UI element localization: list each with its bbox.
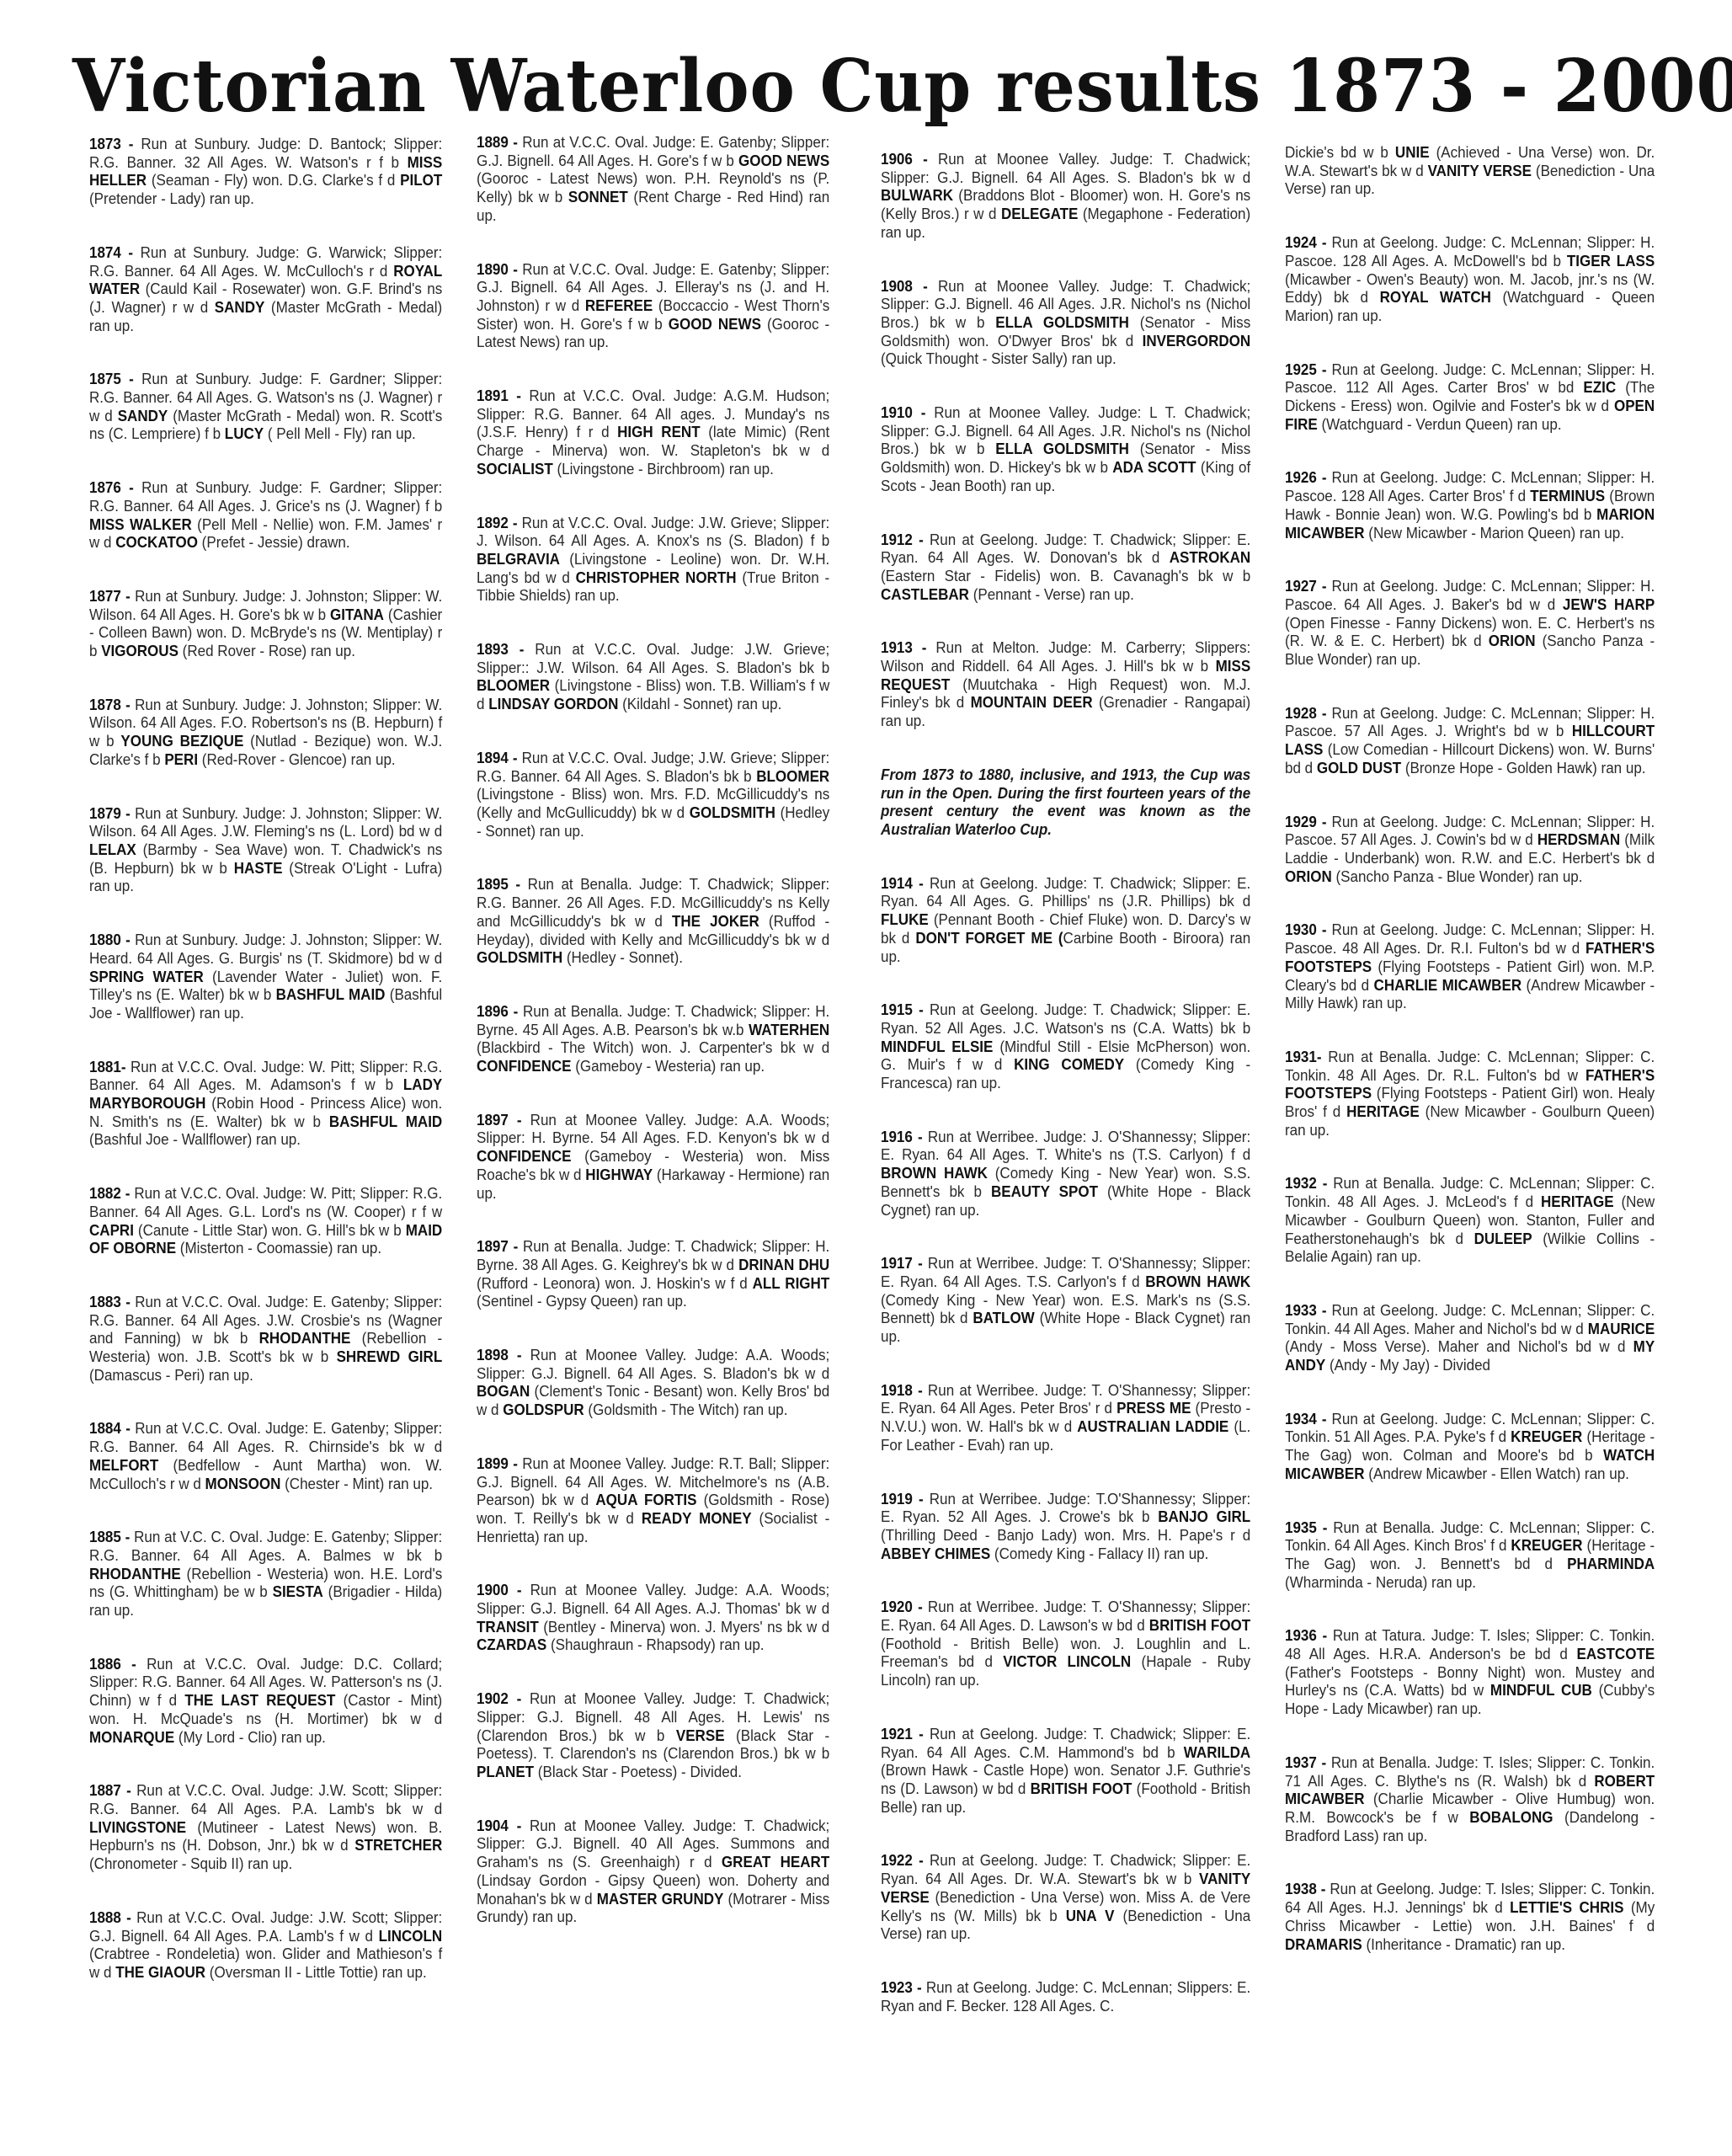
result-entry: Dickie's bd w b UNIE (Achieved - Una Ver… xyxy=(1285,143,1655,198)
entry-year: 1883 - xyxy=(89,1293,135,1310)
greyhound-name: HERITAGE xyxy=(1346,1102,1420,1120)
result-entry: 1921 - Run at Geelong. Judge: T. Chadwic… xyxy=(881,1725,1250,1817)
result-entry: 1927 - Run at Geelong. Judge: C. McLenna… xyxy=(1285,577,1655,669)
greyhound-name: BEAUTY SPOT xyxy=(991,1182,1098,1200)
result-entry: 1898 - Run at Moonee Valley. Judge: A.A.… xyxy=(477,1346,829,1419)
entry-year: 1904 - xyxy=(477,1817,530,1834)
result-entry: 1925 - Run at Geelong. Judge: C. McLenna… xyxy=(1285,360,1655,434)
entry-text: Run at V.C.C. Oval. Judge: J.W. Scott; S… xyxy=(89,1781,442,1817)
result-entry: 1899 - Run at Moonee Valley. Judge: R.T.… xyxy=(477,1454,829,1546)
result-entry: 1897 - Run at Moonee Valley. Judge: A.A.… xyxy=(477,1111,829,1203)
entry-text: (Wharminda - Neruda) ran up. xyxy=(1285,1573,1476,1591)
entry-year: 1873 - xyxy=(89,135,141,152)
entry-year: 1920 - xyxy=(881,1598,928,1615)
greyhound-name: THE LAST REQUEST xyxy=(184,1691,335,1709)
entry-text: (Thrilling Deed - Banjo Lady) won. Mrs. … xyxy=(881,1526,1250,1544)
entry-year: 1937 - xyxy=(1285,1753,1331,1771)
entry-text: (Red-Rover - Glencoe) ran up. xyxy=(198,750,396,768)
greyhound-name: ELLA GOLDSMITH xyxy=(995,440,1129,457)
result-entry: 1897 - Run at Benalla. Judge: T. Chadwic… xyxy=(477,1237,829,1310)
entry-text: Run at V.C.C. Oval. Judge: J.W. Grieve; … xyxy=(477,514,829,550)
greyhound-name: RHODANTHE xyxy=(89,1565,181,1582)
greyhound-name: LUCY xyxy=(225,424,264,442)
entry-year: 1886 - xyxy=(89,1655,147,1673)
entry-year: 1915 - xyxy=(881,1001,930,1018)
greyhound-name: THE JOKER xyxy=(672,912,759,930)
greyhound-name: SOCIALIST xyxy=(477,460,553,478)
greyhound-name: MINDFUL ELSIE xyxy=(881,1038,993,1055)
greyhound-name: LINCOLN xyxy=(379,1927,443,1945)
greyhound-name: HIGHWAY xyxy=(585,1166,653,1183)
entry-text: (Blackbird - The Witch) won. J. Carpente… xyxy=(477,1038,829,1056)
result-entry: 1937 - Run at Benalla. Judge: T. Isles; … xyxy=(1285,1753,1655,1845)
entry-year: 1874 - xyxy=(89,243,141,261)
entry-text: Run at V.C. C. Oval. Judge: E. Gatenby; … xyxy=(89,1528,442,1564)
entry-year: 1929 - xyxy=(1285,813,1332,830)
entry-text: (Chester - Mint) ran up. xyxy=(280,1475,433,1492)
entry-text: Run at Werribee. Judge: J. O'Shannessy; … xyxy=(881,1128,1250,1164)
greyhound-name: BLOOMER xyxy=(477,676,550,694)
greyhound-name: VIGOROUS xyxy=(101,642,179,659)
greyhound-name: WARILDA xyxy=(1184,1743,1250,1761)
greyhound-name: DRAMARIS xyxy=(1285,1935,1362,1953)
entry-text: Run at Sunbury. Judge: D. Bantock; Slipp… xyxy=(89,135,442,171)
entry-text: Run at V.C.C. Oval. Judge: W. Pitt; Slip… xyxy=(89,1058,442,1094)
greyhound-name: BULWARK xyxy=(881,186,953,204)
entry-year: 1888 - xyxy=(89,1908,136,1926)
greyhound-name: SIESTA xyxy=(273,1582,323,1600)
greyhound-name: SANDY xyxy=(118,407,168,424)
greyhound-name: JEW'S HARP xyxy=(1563,595,1655,613)
entry-year: 1906 - xyxy=(881,150,938,168)
entry-year: 1936 - xyxy=(1285,1626,1333,1644)
greyhound-name: SPRING WATER xyxy=(89,968,204,985)
result-entry: 1919 - Run at Werribee. Judge: T.O'Shann… xyxy=(881,1490,1250,1563)
entry-text: Run at Geelong. Judge: T. Chadwick; Slip… xyxy=(881,1851,1250,1887)
result-entry: 1913 - Run at Melton. Judge: M. Carberry… xyxy=(881,638,1250,730)
result-entry: 1930 - Run at Geelong. Judge: C. McLenna… xyxy=(1285,921,1655,1012)
entry-text: (Red Rover - Rose) ran up. xyxy=(179,642,355,659)
results-column-2: 1889 - Run at V.C.C. Oval. Judge: E. Gat… xyxy=(477,133,830,1961)
result-entry: 1889 - Run at V.C.C. Oval. Judge: E. Gat… xyxy=(477,133,829,225)
result-entry: 1915 - Run at Geelong. Judge: T. Chadwic… xyxy=(881,1001,1250,1092)
result-entry: 1887 - Run at V.C.C. Oval. Judge: J.W. S… xyxy=(89,1781,442,1873)
greyhound-name: DRINAN DHU xyxy=(738,1256,829,1273)
entry-year: 1889 - xyxy=(477,133,522,151)
entry-year: 1928 - xyxy=(1285,704,1332,722)
history-note: From 1873 to 1880, inclusive, and 1913, … xyxy=(881,766,1250,839)
result-entry: 1873 - Run at Sunbury. Judge: D. Bantock… xyxy=(89,135,442,208)
greyhound-name: ELLA GOLDSMITH xyxy=(995,313,1129,331)
greyhound-name: MONARQUE xyxy=(89,1728,174,1746)
entry-text: (Hedley - Sonnet). xyxy=(562,948,683,966)
greyhound-name: DULEEP xyxy=(1474,1230,1532,1247)
greyhound-name: PERI xyxy=(164,750,198,768)
greyhound-name: BASHFUL MAID xyxy=(329,1113,442,1130)
greyhound-name: ASTROKAN xyxy=(1170,548,1250,566)
result-entry: 1932 - Run at Benalla. Judge: C. McLenna… xyxy=(1285,1174,1655,1266)
greyhound-name: ABBEY CHIMES xyxy=(881,1545,990,1562)
greyhound-name: INVERGORDON xyxy=(1143,332,1251,350)
entry-text: (Bronze Hope - Golden Hawk) ran up. xyxy=(1401,759,1645,776)
results-column-4: Dickie's bd w b UNIE (Achieved - Una Ver… xyxy=(1285,143,1655,1988)
result-entry: 1886 - Run at V.C.C. Oval. Judge: D.C. C… xyxy=(89,1655,442,1747)
greyhound-name: LIVINGSTONE xyxy=(89,1818,186,1836)
greyhound-name: MELFORT xyxy=(89,1456,158,1474)
greyhound-name: HERDSMAN xyxy=(1537,830,1620,848)
result-entry: 1900 - Run at Moonee Valley. Judge: A.A.… xyxy=(477,1581,829,1654)
greyhound-name: BLOOMER xyxy=(756,767,829,785)
greyhound-name: GOOD NEWS xyxy=(738,152,829,169)
greyhound-name: BRITISH FOOT xyxy=(1149,1616,1250,1634)
entry-text: Dickie's bd w b xyxy=(1285,143,1395,161)
greyhound-name: CHRISTOPHER NORTH xyxy=(576,568,737,586)
greyhound-name: EZIC xyxy=(1583,378,1616,396)
greyhound-name: KING COMEDY xyxy=(1014,1055,1124,1073)
entry-text: (Sentinel - Gypsy Queen) ran up. xyxy=(477,1292,687,1310)
greyhound-name: LELAX xyxy=(89,841,136,858)
result-entry: 1877 - Run at Sunbury. Judge: J. Johnsto… xyxy=(89,587,442,660)
result-entry: 1934 - Run at Geelong. Judge: C. McLenna… xyxy=(1285,1410,1655,1483)
result-entry: 1882 - Run at V.C.C. Oval. Judge: W. Pit… xyxy=(89,1184,442,1257)
greyhound-name: UNIE xyxy=(1395,143,1430,161)
entry-text: (Eastern Star - Fidelis) won. B. Cavanag… xyxy=(881,567,1250,584)
greyhound-name: MASTER GRUNDY xyxy=(597,1890,724,1908)
greyhound-name: ROYAL WATCH xyxy=(1380,288,1491,306)
result-entry: 1926 - Run at Geelong. Judge: C. McLenna… xyxy=(1285,468,1655,542)
result-entry: 1904 - Run at Moonee Valley. Judge: T. C… xyxy=(477,1817,829,1926)
greyhound-name: ORION xyxy=(1285,867,1332,885)
entry-text: Run at V.C.C. Oval. Judge: W. Pitt; Slip… xyxy=(89,1184,442,1220)
result-entry: 1922 - Run at Geelong. Judge: T. Chadwic… xyxy=(881,1851,1250,1943)
entry-text: (Kildahl - Sonnet) ran up. xyxy=(618,695,781,712)
entry-year: 1930 - xyxy=(1285,921,1332,938)
greyhound-name: MONSOON xyxy=(205,1475,281,1492)
result-entry: 1928 - Run at Geelong. Judge: C. McLenna… xyxy=(1285,704,1655,777)
result-entry: 1912 - Run at Geelong. Judge: T. Chadwic… xyxy=(881,531,1250,604)
entry-year: 1919 - xyxy=(881,1490,930,1508)
greyhound-name: SONNET xyxy=(568,188,628,205)
entry-text: (Watchguard - Verdun Queen) ran up. xyxy=(1318,415,1562,433)
result-entry: 1924 - Run at Geelong. Judge: C. McLenna… xyxy=(1285,233,1655,325)
entry-text: (Damascus - Peri) ran up. xyxy=(89,1366,253,1384)
greyhound-name: ALL RIGHT xyxy=(753,1274,830,1292)
result-entry: 1918 - Run at Werribee. Judge: T. O'Shan… xyxy=(881,1381,1250,1454)
result-entry: 1893 - Run at V.C.C. Oval. Judge: J.W. G… xyxy=(477,640,829,713)
greyhound-name: AQUA FORTIS xyxy=(595,1491,696,1508)
entry-year: 1885 - xyxy=(89,1528,134,1545)
entry-year: 1895 - xyxy=(477,875,528,893)
entry-text: Run at Geelong. Judge: T. Chadwick; Slip… xyxy=(881,1001,1250,1037)
entry-text: (Oversman II - Little Tottie) ran up. xyxy=(205,1963,427,1981)
greyhound-name: TERMINUS xyxy=(1530,487,1605,504)
greyhound-name: HASTE xyxy=(234,859,283,877)
entry-year: 1922 - xyxy=(881,1851,930,1869)
result-entry: 1910 - Run at Moonee Valley. Judge: L T.… xyxy=(881,403,1250,495)
entry-year: 1931- xyxy=(1285,1048,1328,1065)
greyhound-name: GOLDSMITH xyxy=(690,803,775,821)
entry-text: Run at V.C.C. Oval. Judge: E. Gatenby; S… xyxy=(89,1419,442,1455)
greyhound-name: CONFIDENCE xyxy=(477,1057,572,1075)
entry-text: Run at Sunbury. Judge: G. Warwick; Slipp… xyxy=(89,243,442,280)
result-entry: 1914 - Run at Geelong. Judge: T. Chadwic… xyxy=(881,874,1250,966)
entry-text: (Livingstone - Birchbroom) ran up. xyxy=(553,460,774,478)
entry-year: 1900 - xyxy=(477,1581,530,1598)
result-entry: 1936 - Run at Tatura. Judge: T. Isles; S… xyxy=(1285,1626,1655,1718)
greyhound-name: KREUGER xyxy=(1511,1428,1582,1445)
entry-year: 1894 - xyxy=(477,749,522,766)
entry-text: (My Lord - Clio) ran up. xyxy=(174,1728,326,1746)
entry-text: (Quick Thought - Sister Sally) ran up. xyxy=(881,350,1116,367)
entry-text: (Black Star - Poetess) - Divided. xyxy=(534,1763,742,1780)
entry-year: 1924 - xyxy=(1285,233,1332,251)
result-entry: 1917 - Run at Werribee. Judge: T. O'Shan… xyxy=(881,1254,1250,1346)
entry-year: 1897 - xyxy=(477,1237,523,1255)
entry-text: (Chronometer - Squib II) ran up. xyxy=(89,1854,292,1872)
greyhound-name: WATERHEN xyxy=(749,1021,829,1038)
entry-text: Run at Geelong. Judge: T. Chadwick; Slip… xyxy=(881,874,1250,910)
entry-text: (Andy - Moss Verse). Maher and Nichol's … xyxy=(1285,1337,1633,1355)
greyhound-name: GOLDSPUR xyxy=(503,1401,584,1418)
greyhound-name: GOOD NEWS xyxy=(669,315,761,333)
results-column-1: 1873 - Run at Sunbury. Judge: D. Bantock… xyxy=(89,135,443,2017)
entry-year: 1918 - xyxy=(881,1381,928,1399)
greyhound-name: PHARMINDA xyxy=(1567,1555,1655,1572)
entry-year: 1892 - xyxy=(477,514,522,531)
result-entry: 1881- Run at V.C.C. Oval. Judge: W. Pitt… xyxy=(89,1058,442,1150)
greyhound-name: LETTIE'S CHRIS xyxy=(1510,1898,1623,1916)
entry-year: 1925 - xyxy=(1285,360,1332,378)
greyhound-name: VICTOR LINCOLN xyxy=(1003,1652,1131,1670)
greyhound-name: BELGRAVIA xyxy=(477,550,560,568)
entry-text: (Bentley - Minerva) won. J. Myers' ns bk… xyxy=(539,1618,829,1636)
entry-year: 1910 - xyxy=(881,403,934,421)
result-entry: 1935 - Run at Benalla. Judge: C. McLenna… xyxy=(1285,1518,1655,1592)
greyhound-name: PILOT xyxy=(400,171,442,189)
entry-year: 1935 - xyxy=(1285,1518,1333,1536)
entry-text: (Rufford - Leonora) won. J. Hoskin's w f… xyxy=(477,1274,753,1292)
result-entry: 1884 - Run at V.C.C. Oval. Judge: E. Gat… xyxy=(89,1419,442,1492)
result-entry: 1876 - Run at Sunbury. Judge: F. Gardner… xyxy=(89,478,442,552)
entry-year: 1879 - xyxy=(89,804,135,822)
entry-year: 1923 - xyxy=(881,1978,926,1996)
greyhound-name: DON'T FORGET ME ( xyxy=(915,929,1063,947)
entry-year: 1921 - xyxy=(881,1725,930,1742)
greyhound-name: SHREWD GIRL xyxy=(337,1347,443,1365)
result-entry: 1894 - Run at V.C.C. Oval. Judge; J.W. G… xyxy=(477,749,829,841)
greyhound-name: CONFIDENCE xyxy=(477,1147,572,1165)
result-entry: 1931- Run at Benalla. Judge: C. McLennan… xyxy=(1285,1048,1655,1139)
entry-text: (Misterton - Coomassie) ran up. xyxy=(176,1239,381,1257)
results-column-3: 1906 - Run at Moonee Valley. Judge: T. C… xyxy=(881,150,1251,2050)
result-entry: 1908 - Run at Moonee Valley. Judge: T. C… xyxy=(881,277,1250,369)
entry-text: (Inheritance - Dramatic) ran up. xyxy=(1362,1935,1565,1953)
greyhound-name: MISS WALKER xyxy=(89,515,192,533)
result-entry: 1920 - Run at Werribee. Judge: T. O'Shan… xyxy=(881,1598,1250,1689)
greyhound-name: BOGAN xyxy=(477,1382,530,1400)
entry-year: 1896 - xyxy=(477,1002,523,1020)
result-entry: 1883 - Run at V.C.C. Oval. Judge: E. Gat… xyxy=(89,1293,442,1385)
result-entry: 1916 - Run at Werribee. Judge: J. O'Shan… xyxy=(881,1128,1250,1219)
entry-year: 1916 - xyxy=(881,1128,928,1145)
result-entry: 1929 - Run at Geelong. Judge: C. McLenna… xyxy=(1285,813,1655,886)
greyhound-name: FLUKE xyxy=(881,910,929,928)
greyhound-name: GOLD DUST xyxy=(1317,759,1401,776)
entry-text: Run at Sunbury. Judge: F. Gardner; Slipp… xyxy=(89,478,442,515)
entry-text: (Andy - My Jay) - Divided xyxy=(1325,1356,1490,1374)
entry-text: (New Micawber - Marion Queen) ran up. xyxy=(1365,524,1624,542)
entry-year: 1887 - xyxy=(89,1781,136,1799)
entry-year: 1890 - xyxy=(477,260,522,278)
entry-year: 1902 - xyxy=(477,1689,530,1707)
entry-year: 1878 - xyxy=(89,696,135,713)
greyhound-name: BROWN HAWK xyxy=(881,1164,988,1182)
entry-text: (Comedy King - Fallacy II) ran up. xyxy=(990,1545,1208,1562)
greyhound-name: VANITY VERSE xyxy=(1428,162,1532,179)
result-entry: 1891 - Run at V.C.C. Oval. Judge: A.G.M.… xyxy=(477,387,829,478)
greyhound-name: RHODANTHE xyxy=(259,1329,351,1347)
entry-year: 1876 - xyxy=(89,478,141,496)
result-entry: 1938 - Run at Geelong. Judge: T. Isles; … xyxy=(1285,1880,1655,1953)
entry-text: (Pennant - Verse) ran up. xyxy=(969,585,1134,603)
entry-text: Run at Sunbury. Judge: J. Johnston; Slip… xyxy=(89,931,442,967)
entry-text: (Canute - Little Star) won. G. Hill's bk… xyxy=(134,1221,406,1239)
greyhound-name: MINDFUL CUB xyxy=(1490,1681,1592,1699)
greyhound-name: HERITAGE xyxy=(1541,1193,1614,1210)
greyhound-name: AUSTRALIAN LADDIE xyxy=(1077,1417,1228,1435)
entry-year: 1882 - xyxy=(89,1184,134,1202)
greyhound-name: CHARLIE MICAWBER xyxy=(1374,976,1522,994)
entry-year: 1914 - xyxy=(881,874,930,892)
entry-year: 1880 - xyxy=(89,931,135,948)
entry-text: Run at Moonee Valley. Judge: A.A. Woods;… xyxy=(477,1346,829,1382)
result-entry: 1890 - Run at V.C.C. Oval. Judge: E. Gat… xyxy=(477,260,829,352)
greyhound-name: YOUNG BEZIQUE xyxy=(120,732,243,750)
greyhound-name: GREAT HEART xyxy=(722,1853,829,1870)
greyhound-name: BRITISH FOOT xyxy=(1031,1780,1132,1797)
result-entry: 1880 - Run at Sunbury. Judge: J. Johnsto… xyxy=(89,931,442,1022)
greyhound-name: REFEREE xyxy=(585,296,653,314)
greyhound-name: TIGER LASS xyxy=(1567,252,1655,269)
entry-year: 1884 - xyxy=(89,1419,135,1437)
greyhound-name: PLANET xyxy=(477,1763,534,1780)
entry-text: Run at Melton. Judge: M. Carberry; Slipp… xyxy=(881,638,1250,675)
entry-year: 1875 - xyxy=(89,370,141,387)
entry-text: Run at Moonee Valley. Judge: A.A. Woods;… xyxy=(477,1581,829,1617)
entry-text: (Prefet - Jessie) drawn. xyxy=(198,533,350,551)
greyhound-name: CAPRI xyxy=(89,1221,134,1239)
greyhound-name: MAURICE xyxy=(1588,1320,1655,1337)
result-entry: 1875 - Run at Sunbury. Judge: F. Gardner… xyxy=(89,370,442,443)
greyhound-name: MOUNTAIN DEER xyxy=(971,693,1093,711)
result-entry: 1879 - Run at Sunbury. Judge: J. Johnsto… xyxy=(89,804,442,896)
greyhound-name: KREUGER xyxy=(1511,1536,1582,1554)
entry-year: 1897 - xyxy=(477,1111,530,1129)
page-title: Victorian Waterloo Cup results 1873 - 20… xyxy=(72,44,1576,129)
result-entry: 1885 - Run at V.C. C. Oval. Judge: E. Ga… xyxy=(89,1528,442,1620)
greyhound-name: UNA V xyxy=(1066,1907,1115,1924)
entry-year: 1898 - xyxy=(477,1346,530,1364)
entry-year: 1891 - xyxy=(477,387,529,404)
result-entry: 1888 - Run at V.C.C. Oval. Judge: J.W. S… xyxy=(89,1908,442,1982)
entry-text: Run at Moonee Valley. Judge: A.A. Woods;… xyxy=(477,1111,829,1147)
entry-year: 1932 - xyxy=(1285,1174,1333,1192)
entry-text: ( Pell Mell - Fly) ran up. xyxy=(264,424,416,442)
greyhound-name: VERSE xyxy=(676,1726,725,1744)
entry-text: (Seaman - Fly) won. D.G. Clarke's f d xyxy=(147,171,400,189)
entry-year: 1938 - xyxy=(1285,1880,1330,1897)
entry-year: 1881- xyxy=(89,1058,131,1075)
entry-year: 1899 - xyxy=(477,1454,522,1472)
result-entry: 1906 - Run at Moonee Valley. Judge: T. C… xyxy=(881,150,1250,242)
result-entry: 1896 - Run at Benalla. Judge: T. Chadwic… xyxy=(477,1002,829,1075)
entry-text: Run at Sunbury. Judge: J. Johnston; Slip… xyxy=(89,804,442,841)
entry-year: 1893 - xyxy=(477,640,535,658)
entry-year: 1877 - xyxy=(89,587,135,605)
entry-text: (Pretender - Lady) ran up. xyxy=(89,189,254,207)
greyhound-name: LINDSAY GORDON xyxy=(488,695,618,712)
greyhound-name: SANDY xyxy=(215,298,265,316)
entry-text: Run at Geelong. Judge: C. McLennan; Slip… xyxy=(881,1978,1250,2015)
entry-text: (Gameboy - Westeria) ran up. xyxy=(572,1057,765,1075)
result-entry: 1892 - Run at V.C.C. Oval. Judge: J.W. G… xyxy=(477,514,829,606)
entry-year: 1908 - xyxy=(881,277,938,295)
result-entry: 1878 - Run at Sunbury. Judge: J. Johnsto… xyxy=(89,696,442,769)
greyhound-name: GITANA xyxy=(330,606,384,623)
entry-text: (Goldsmith - The Witch) ran up. xyxy=(584,1401,788,1418)
greyhound-name: COCKATOO xyxy=(115,533,198,551)
entry-year: 1926 - xyxy=(1285,468,1332,486)
greyhound-name: BANJO GIRL xyxy=(1158,1508,1250,1525)
entry-year: 1934 - xyxy=(1285,1410,1332,1428)
greyhound-name: BATLOW xyxy=(973,1309,1034,1326)
entry-year: 1913 - xyxy=(881,638,935,656)
greyhound-name: CASTLEBAR xyxy=(881,585,969,603)
entry-text: (Bashful Joe - Wallflower) ran up. xyxy=(89,1130,301,1148)
result-entry: 1923 - Run at Geelong. Judge: C. McLenna… xyxy=(881,1978,1250,2015)
entry-text: (Andrew Micawber - Ellen Watch) ran up. xyxy=(1365,1465,1629,1482)
entry-year: 1927 - xyxy=(1285,577,1332,595)
entry-text: (Shaughraun - Rhapsody) ran up. xyxy=(546,1636,764,1653)
greyhound-name: THE GIAOUR xyxy=(115,1963,205,1981)
greyhound-name: CZARDAS xyxy=(477,1636,546,1653)
greyhound-name: GOLDSMITH xyxy=(477,948,562,966)
entry-year: 1933 - xyxy=(1285,1301,1332,1319)
greyhound-name: DELEGATE xyxy=(1001,205,1078,222)
result-entry: 1902 - Run at Moonee Valley. Judge: T. C… xyxy=(477,1689,829,1781)
greyhound-name: PRESS ME xyxy=(1116,1399,1191,1417)
greyhound-name: ORION xyxy=(1489,632,1536,649)
result-entry: 1895 - Run at Benalla. Judge: T. Chadwic… xyxy=(477,875,829,967)
greyhound-name: BROWN HAWK xyxy=(1145,1273,1250,1290)
greyhound-name: HIGH RENT xyxy=(617,423,700,440)
greyhound-name: EASTCOTE xyxy=(1577,1645,1655,1662)
note-text: From 1873 to 1880, inclusive, and 1913, … xyxy=(881,766,1250,838)
result-entry: 1874 - Run at Sunbury. Judge: G. Warwick… xyxy=(89,243,442,335)
greyhound-name: STRETCHER xyxy=(354,1836,442,1854)
greyhound-name: READY MONEY xyxy=(642,1509,752,1527)
greyhound-name: TRANSIT xyxy=(477,1618,539,1636)
entry-text: (Sancho Panza - Blue Wonder) ran up. xyxy=(1332,867,1583,885)
greyhound-name: ADA SCOTT xyxy=(1112,458,1196,476)
entry-year: 1912 - xyxy=(881,531,930,548)
greyhound-name: BOBALONG xyxy=(1469,1808,1553,1826)
result-entry: 1933 - Run at Geelong. Judge: C. McLenna… xyxy=(1285,1301,1655,1374)
entry-year: 1917 - xyxy=(881,1254,928,1272)
greyhound-name: BASHFUL MAID xyxy=(276,985,386,1003)
